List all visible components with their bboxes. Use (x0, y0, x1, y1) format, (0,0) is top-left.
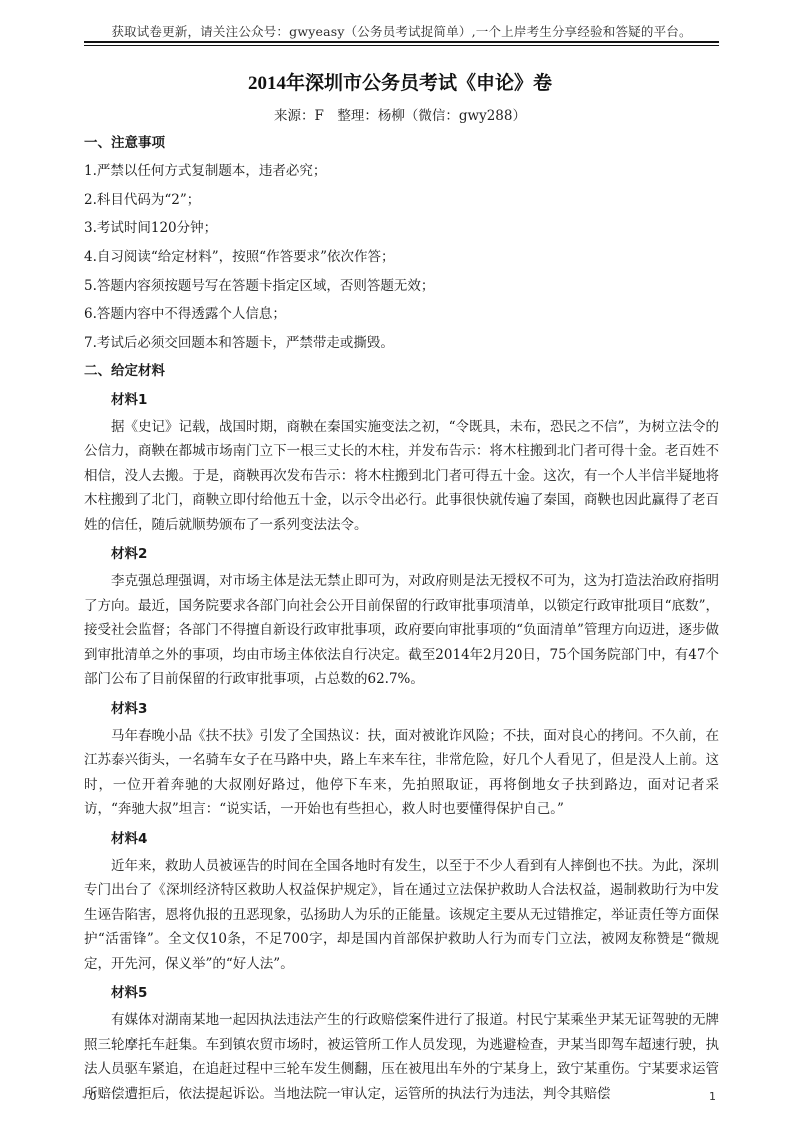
section-heading-notice: 一、注意事项 (84, 130, 719, 157)
materials-section: 二、给定材料 材料1 据《史记》记载，战国时期，商鞅在秦国实施变法之初，“令既具… (84, 358, 719, 1107)
notice-item: 4.自习阅读“给定材料”，按照“作答要求”依次作答； (84, 243, 719, 272)
page-header-notice: 获取试卷更新，请关注公众号：gwyeasy（公务员考试捉简单）,一个上岸考生分享… (84, 22, 719, 40)
header-divider (84, 41, 719, 46)
material-2: 材料2 李克强总理强调，对市场主体是法无禁止即可为，对政府则是法无授权不可为，这… (84, 539, 719, 692)
material-text: 李克强总理强调，对市场主体是法无禁止即可为，对政府则是法无授权不可为，这为打造法… (84, 569, 719, 692)
material-title: 材料4 (84, 824, 719, 854)
material-1: 材料1 据《史记》记载，战国时期，商鞅在秦国实施变法之初，“令既具，未布，恐民之… (84, 385, 719, 538)
page-number-footer: - 0 - (82, 1090, 104, 1103)
document-body: 一、注意事项 1.严禁以任何方式复制题本，违者必究； 2.科目代码为“2”； 3… (84, 130, 719, 1108)
document-subtitle: 来源：F 整理：杨柳（微信：gwy288） (0, 104, 800, 124)
notice-item: 1.严禁以任何方式复制题本，违者必究； (84, 157, 719, 186)
material-3: 材料3 马年春晚小品《扶不扶》引发了全国热议：扶，面对被讹诈风险；不扶，面对良心… (84, 694, 719, 822)
notice-item: 5.答题内容须按题号写在答题卡指定区域，否则答题无效； (84, 272, 719, 301)
material-4: 材料4 近年来，救助人员被诬告的时间在全国各地时有发生，以至于不少人看到有人摔倒… (84, 824, 719, 977)
material-text: 据《史记》记载，战国时期，商鞅在秦国实施变法之初，“令既具，未布，恐民之不信”，… (84, 415, 719, 538)
material-5: 材料5 有媒体对湖南某地一起因执法违法产生的行政赔偿案件进行了报道。村民宁某乘坐… (84, 978, 719, 1106)
notice-section: 一、注意事项 1.严禁以任何方式复制题本，违者必究； 2.科目代码为“2”； 3… (84, 130, 719, 358)
notice-item: 3.考试时间120分钟； (84, 214, 719, 243)
notice-item: 6.答题内容中不得透露个人信息； (84, 300, 719, 329)
material-text: 有媒体对湖南某地一起因执法违法产生的行政赔偿案件进行了报道。村民宁某乘坐尹某无证… (84, 1008, 719, 1106)
material-title: 材料2 (84, 539, 719, 569)
material-title: 材料3 (84, 694, 719, 724)
section-heading-materials: 二、给定材料 (84, 358, 719, 385)
document-title: 2014年深圳市公务员考试《申论》卷 (0, 68, 800, 95)
material-text: 近年来，救助人员被诬告的时间在全国各地时有发生，以至于不少人看到有人摔倒也不扶。… (84, 854, 719, 977)
material-title: 材料5 (84, 978, 719, 1008)
notice-item: 7.考试后必须交回题本和答题卡，严禁带走或撕毁。 (84, 329, 719, 358)
material-text: 马年春晚小品《扶不扶》引发了全国热议：扶，面对被讹诈风险；不扶，面对良心的拷问。… (84, 724, 719, 822)
page-index: 1 (709, 1090, 716, 1103)
notice-item: 2.科目代码为“2”； (84, 186, 719, 215)
material-title: 材料1 (84, 385, 719, 415)
